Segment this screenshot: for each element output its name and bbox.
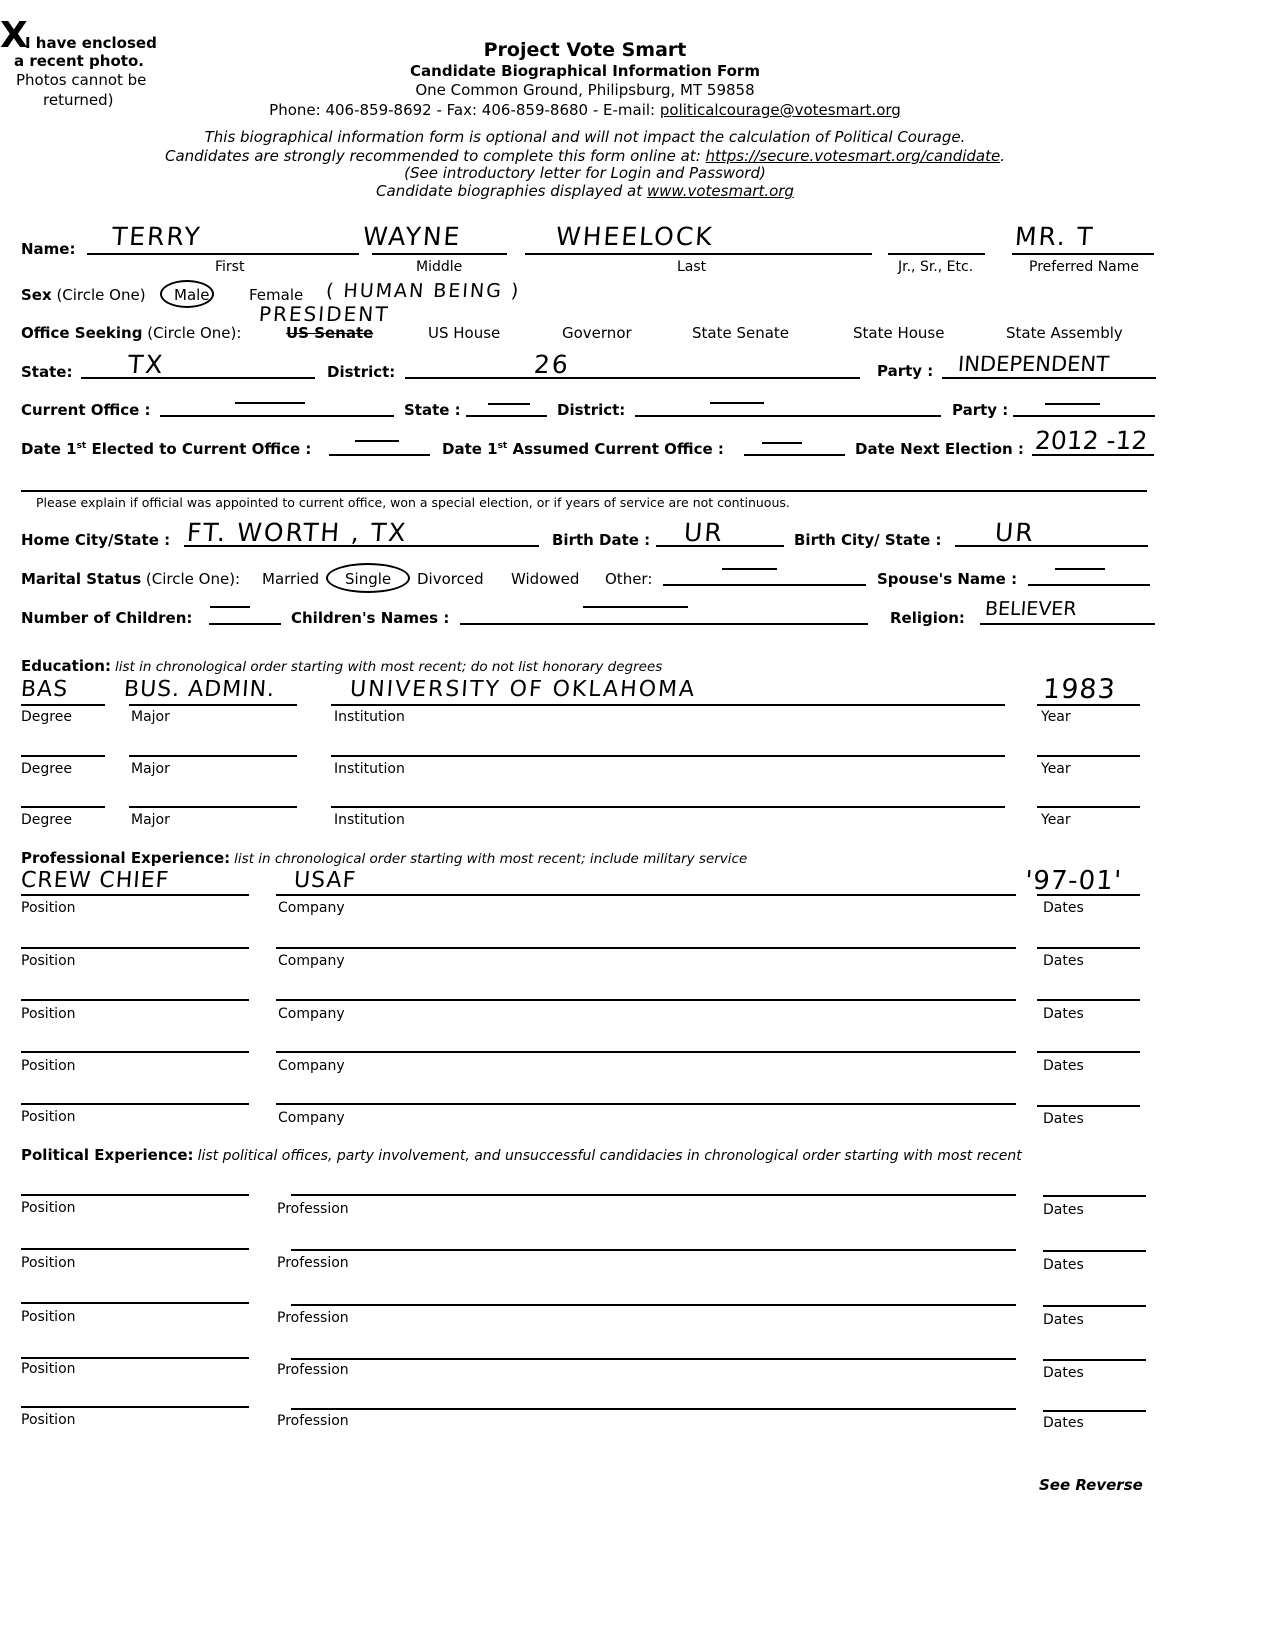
current-party-dash	[1045, 403, 1100, 405]
org-address: One Common Ground, Philipsburg, MT 59858	[0, 81, 1170, 99]
next-election-value: 2012 -12	[1034, 426, 1148, 455]
position-field[interactable]	[21, 1302, 249, 1304]
degree-value: BAS	[20, 677, 69, 702]
preferred-name-value: MR. T	[1014, 222, 1095, 251]
assumed-date-field[interactable]	[744, 454, 845, 456]
state-field[interactable]	[81, 377, 315, 379]
profession-caption: Profession	[277, 1413, 349, 1429]
dates-caption: Dates	[1043, 1312, 1084, 1328]
office-option-state-senate[interactable]: State Senate	[692, 324, 789, 342]
suffix-field[interactable]	[888, 253, 985, 255]
assumed-date-label: Date 1st Assumed Current Office :	[442, 440, 724, 458]
assumed-label-sup: st	[498, 441, 508, 451]
dates-field[interactable]	[1043, 1305, 1146, 1307]
company-field[interactable]	[276, 1103, 1016, 1105]
dates-caption: Dates	[1043, 1365, 1084, 1381]
position-field[interactable]	[21, 1103, 249, 1105]
dates-caption: Dates	[1043, 1006, 1084, 1022]
institution-caption: Institution	[334, 812, 405, 828]
company-field[interactable]	[276, 894, 1016, 896]
current-state-dash	[488, 403, 530, 405]
elected-label-b: Elected to Current Office :	[86, 440, 311, 458]
position-caption: Position	[21, 1361, 76, 1377]
institution-field[interactable]	[331, 704, 1005, 706]
position-field[interactable]	[21, 947, 249, 949]
year-caption: Year	[1041, 709, 1071, 725]
sex-instruction: (Circle One)	[56, 286, 145, 304]
party-label: Party :	[877, 362, 933, 380]
professional-label: Professional Experience:	[21, 849, 230, 867]
religion-label: Religion:	[890, 609, 965, 627]
major-caption: Major	[131, 761, 170, 777]
spouse-label: Spouse's Name :	[877, 570, 1017, 588]
current-state-field[interactable]	[466, 415, 547, 417]
profession-field[interactable]	[291, 1194, 1016, 1196]
note-displayed: Candidate biographies displayed at www.v…	[0, 182, 1170, 200]
dates-field[interactable]	[1043, 1410, 1146, 1412]
degree-field[interactable]	[21, 806, 105, 808]
year-field[interactable]	[1037, 755, 1140, 757]
note-displayed-text: Candidate biographies displayed at	[376, 182, 647, 200]
birth-city-value: UR	[994, 518, 1036, 547]
degree-caption: Degree	[21, 761, 72, 777]
profession-caption: Profession	[277, 1201, 349, 1217]
last-name-field[interactable]	[525, 253, 872, 255]
other-dash	[722, 568, 777, 570]
marital-option-single[interactable]: Single	[345, 570, 391, 588]
year-caption: Year	[1041, 761, 1071, 777]
children-names-field[interactable]	[460, 623, 868, 625]
political-instruction: list political offices, party involvemen…	[198, 1148, 1022, 1164]
institution-field[interactable]	[331, 755, 1005, 757]
dates-field[interactable]	[1037, 1105, 1140, 1107]
assumed-date-dash	[762, 442, 802, 444]
marital-option-widowed[interactable]: Widowed	[511, 570, 579, 588]
elected-label-a: Date 1	[21, 440, 77, 458]
dates-field[interactable]	[1043, 1250, 1146, 1252]
marital-option-married[interactable]: Married	[262, 570, 319, 588]
current-party-label: Party :	[952, 401, 1008, 419]
office-written-in: PRESIDENT	[258, 302, 390, 326]
office-option-us-senate[interactable]: US Senate	[286, 324, 373, 342]
company-value: USAF	[293, 868, 357, 893]
office-option-governor[interactable]: Governor	[562, 324, 632, 342]
company-caption: Company	[278, 900, 345, 916]
institution-field[interactable]	[331, 806, 1005, 808]
office-seeking-instruction: (Circle One):	[147, 324, 241, 342]
children-names-label: Children's Names :	[291, 609, 449, 627]
position-caption: Position	[21, 1412, 76, 1428]
elected-date-field[interactable]	[329, 454, 430, 456]
district-label: District:	[327, 363, 395, 381]
first-name-field[interactable]	[87, 253, 359, 255]
position-caption: Position	[21, 953, 76, 969]
position-field[interactable]	[21, 1406, 249, 1408]
next-election-label: Date Next Election :	[855, 440, 1024, 458]
dates-caption: Dates	[1043, 1111, 1084, 1127]
marital-option-divorced[interactable]: Divorced	[417, 570, 484, 588]
company-field[interactable]	[276, 999, 1016, 1001]
marital-label-text: Marital Status	[21, 570, 141, 588]
sex-label-text: Sex	[21, 286, 52, 304]
state-value: TX	[127, 350, 165, 379]
dates-field[interactable]	[1037, 947, 1140, 949]
contact-line: Phone: 406-859-8692 - Fax: 406-859-8680 …	[0, 101, 1170, 119]
home-city-label: Home City/State :	[21, 531, 170, 549]
children-count-label: Number of Children:	[21, 609, 192, 627]
degree-field[interactable]	[21, 704, 105, 706]
major-field[interactable]	[129, 704, 297, 706]
office-seeking-label-text: Office Seeking	[21, 324, 142, 342]
middle-name-field[interactable]	[372, 253, 507, 255]
current-district-field[interactable]	[635, 415, 941, 417]
political-label: Political Experience:	[21, 1146, 194, 1164]
office-seeking-label: Office Seeking (Circle One):	[21, 324, 241, 342]
position-value: CREW CHIEF	[20, 868, 170, 893]
org-title: Project Vote Smart	[0, 39, 1170, 61]
dates-caption: Dates	[1043, 1415, 1084, 1431]
dates-caption: Dates	[1043, 953, 1084, 969]
year-value: 1983	[1042, 674, 1117, 705]
marital-instruction: (Circle One):	[146, 570, 240, 588]
explain-caption: Please explain if official was appointed…	[36, 495, 790, 510]
major-field[interactable]	[129, 806, 297, 808]
note-online: Candidates are strongly recommended to c…	[0, 147, 1170, 165]
current-office-label: Current Office :	[21, 401, 151, 419]
professional-heading: Professional Experience:list in chronolo…	[21, 849, 747, 867]
education-label: Education:	[21, 657, 111, 675]
office-option-state-assembly[interactable]: State Assembly	[1006, 324, 1123, 342]
birth-date-label: Birth Date :	[552, 531, 650, 549]
email-link[interactable]: politicalcourage@votesmart.org	[660, 101, 901, 119]
suffix-caption: Jr., Sr., Etc.	[898, 259, 973, 275]
education-heading: Education:list in chronological order st…	[21, 657, 662, 675]
first-caption: First	[215, 259, 244, 275]
spouse-dash	[1055, 568, 1105, 570]
religion-value: BELIEVER	[984, 598, 1077, 620]
political-heading: Political Experience:list political offi…	[21, 1146, 1022, 1164]
assumed-label-b: Assumed Current Office :	[507, 440, 724, 458]
spouse-field[interactable]	[1028, 584, 1150, 586]
dates-field[interactable]	[1043, 1359, 1146, 1361]
profession-field[interactable]	[291, 1304, 1016, 1306]
degree-caption: Degree	[21, 709, 72, 725]
office-option-us-house[interactable]: US House	[428, 324, 500, 342]
contact-text: Phone: 406-859-8692 - Fax: 406-859-8680 …	[269, 101, 660, 119]
assumed-label-a: Date 1	[442, 440, 498, 458]
birth-date-value: UR	[683, 518, 725, 547]
preferred-name-field[interactable]	[1012, 253, 1154, 255]
name-label: Name:	[21, 240, 75, 258]
year-field[interactable]	[1037, 806, 1140, 808]
middle-name-value: WAYNE	[362, 222, 462, 251]
form-title: Candidate Biographical Information Form	[0, 62, 1170, 80]
education-instruction: list in chronological order starting wit…	[115, 659, 662, 675]
institution-caption: Institution	[334, 709, 405, 725]
dates-caption: Dates	[1043, 1058, 1084, 1074]
position-field[interactable]	[21, 1051, 249, 1053]
position-caption: Position	[21, 1309, 76, 1325]
other-field[interactable]	[663, 584, 866, 586]
party-field[interactable]	[942, 377, 1156, 379]
middle-caption: Middle	[416, 259, 462, 275]
company-caption: Company	[278, 1006, 345, 1022]
company-field[interactable]	[276, 947, 1016, 949]
current-office-dash	[235, 402, 305, 404]
major-value: BUS. ADMIN.	[123, 677, 276, 702]
position-caption: Position	[21, 1058, 76, 1074]
major-field[interactable]	[129, 755, 297, 757]
party-value: INDEPENDENT	[957, 352, 1110, 376]
profession-caption: Profession	[277, 1310, 349, 1326]
elected-date-dash	[355, 440, 399, 442]
preferred-caption: Preferred Name	[1029, 259, 1139, 275]
company-field[interactable]	[276, 1051, 1016, 1053]
children-count-dash	[210, 606, 250, 608]
major-caption: Major	[131, 709, 170, 725]
first-name-value: TERRY	[111, 222, 203, 251]
home-city-value: FT. WORTH , TX	[186, 518, 408, 547]
children-names-dash	[583, 606, 688, 608]
position-field[interactable]	[21, 894, 249, 896]
position-caption: Position	[21, 1255, 76, 1271]
dates-caption: Dates	[1043, 1202, 1084, 1218]
birth-city-field[interactable]	[955, 545, 1148, 547]
company-caption: Company	[278, 953, 345, 969]
district-value: 26	[533, 350, 571, 379]
current-district-label: District:	[557, 401, 625, 419]
position-field[interactable]	[21, 1194, 249, 1196]
other-label: Other:	[605, 570, 652, 588]
position-field[interactable]	[21, 1248, 249, 1250]
position-caption: Position	[21, 1006, 76, 1022]
position-caption: Position	[21, 1109, 76, 1125]
note-online-text: Candidates are strongly recommended to c…	[165, 147, 706, 165]
district-field[interactable]	[405, 377, 860, 379]
current-office-field[interactable]	[160, 415, 394, 417]
dates-field[interactable]	[1037, 1051, 1140, 1053]
major-caption: Major	[131, 812, 170, 828]
current-state-label: State :	[404, 401, 461, 419]
votesmart-link[interactable]: www.votesmart.org	[647, 182, 794, 200]
profession-field[interactable]	[291, 1249, 1016, 1251]
dates-caption: Dates	[1043, 1257, 1084, 1273]
religion-field[interactable]	[980, 623, 1155, 625]
children-count-field[interactable]	[209, 623, 281, 625]
profession-caption: Profession	[277, 1362, 349, 1378]
see-reverse-note: See Reverse	[1039, 1476, 1143, 1494]
institution-value: UNIVERSITY OF OKLAHOMA	[349, 677, 697, 702]
marital-label: Marital Status (Circle One):	[21, 570, 240, 588]
note-login: (See introductory letter for Login and P…	[0, 164, 1170, 182]
company-caption: Company	[278, 1058, 345, 1074]
year-caption: Year	[1041, 812, 1071, 828]
dates-field[interactable]	[1037, 999, 1140, 1001]
company-caption: Company	[278, 1110, 345, 1126]
last-name-value: WHEELOCK	[555, 222, 715, 251]
position-field[interactable]	[21, 1357, 249, 1359]
sex-label: Sex (Circle One)	[21, 286, 146, 304]
profession-caption: Profession	[277, 1255, 349, 1271]
last-caption: Last	[677, 259, 706, 275]
elected-date-label: Date 1st Elected to Current Office :	[21, 440, 311, 458]
dates-field[interactable]	[1043, 1195, 1146, 1197]
degree-caption: Degree	[21, 812, 72, 828]
degree-field[interactable]	[21, 755, 105, 757]
explain-field[interactable]	[21, 490, 1147, 492]
birth-city-label: Birth City/ State :	[794, 531, 942, 549]
candidate-link[interactable]: https://secure.votesmart.org/candidate	[706, 147, 1001, 165]
office-option-state-house[interactable]: State House	[853, 324, 944, 342]
sex-option-male[interactable]: Male	[174, 286, 210, 304]
profession-field[interactable]	[291, 1358, 1016, 1360]
position-caption: Position	[21, 900, 76, 916]
dates-value: '97-01'	[1024, 866, 1123, 896]
profession-field[interactable]	[291, 1408, 1016, 1410]
elected-label-sup: st	[77, 441, 87, 451]
sex-annotation: ( HUMAN BEING )	[325, 280, 521, 302]
position-field[interactable]	[21, 999, 249, 1001]
dates-field[interactable]	[1037, 894, 1140, 896]
position-caption: Position	[21, 1200, 76, 1216]
note-online-period: .	[1000, 147, 1005, 165]
dates-caption: Dates	[1043, 900, 1084, 916]
institution-caption: Institution	[334, 761, 405, 777]
note-optional: This biographical information form is op…	[0, 128, 1170, 146]
current-district-dash	[710, 402, 764, 404]
current-party-field[interactable]	[1013, 415, 1155, 417]
state-label: State:	[21, 363, 72, 381]
professional-instruction: list in chronological order starting wit…	[234, 851, 747, 867]
